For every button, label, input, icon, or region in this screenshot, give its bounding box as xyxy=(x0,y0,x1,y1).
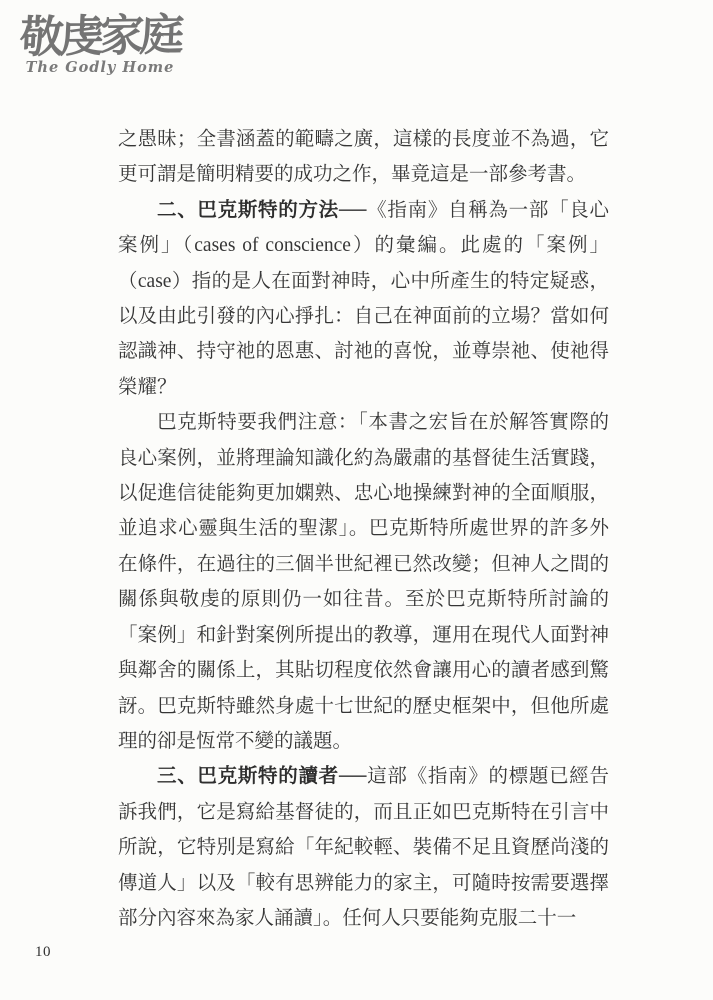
book-page: 敬虔家庭 The Godly Home 之愚昧；全書涵蓋的範疇之廣，這樣的長度並… xyxy=(0,0,713,1000)
publisher-logo: 敬虔家庭 The Godly Home xyxy=(20,8,180,76)
text-run: 這部《指南》的標題已經告訴我們，它是寫給基督徒的，而且正如巴克斯特在引言中所說，… xyxy=(118,766,609,929)
paragraph: 二、巴克斯特的方法──《指南》自稱為一部「良心案例」（cases of cons… xyxy=(118,193,609,405)
inline-heading-run: 三、巴克斯特的讀者── xyxy=(157,765,367,787)
paragraph: 三、巴克斯特的讀者──這部《指南》的標題已經告訴我們，它是寫給基督徒的，而且正如… xyxy=(118,759,609,936)
inline-heading-run: 二、巴克斯特的方法── xyxy=(157,199,367,221)
text-run: 之愚昧；全書涵蓋的範疇之廣，這樣的長度並不為過，它更可謂是簡明精要的成功之作，畢… xyxy=(118,129,609,185)
page-number: 10 xyxy=(35,944,51,961)
logo-chinese-calligraphy: 敬虔家庭 xyxy=(18,7,181,67)
paragraph: 巴克斯特要我們注意：「本書之宏旨在於解答實際的良心案例，並將理論知識化約為嚴肅的… xyxy=(118,405,609,759)
text-run: 巴克斯特要我們注意：「本書之宏旨在於解答實際的良心案例，並將理論知識化約為嚴肅的… xyxy=(118,412,609,752)
page-body-text: 之愚昧；全書涵蓋的範疇之廣，這樣的長度並不為過，它更可謂是簡明精要的成功之作，畢… xyxy=(118,122,609,936)
paragraph: 之愚昧；全書涵蓋的範疇之廣，這樣的長度並不為過，它更可謂是簡明精要的成功之作，畢… xyxy=(118,122,609,193)
text-run: 《指南》自稱為一部「良心案例」（cases of conscience）的彙編。… xyxy=(118,200,609,398)
